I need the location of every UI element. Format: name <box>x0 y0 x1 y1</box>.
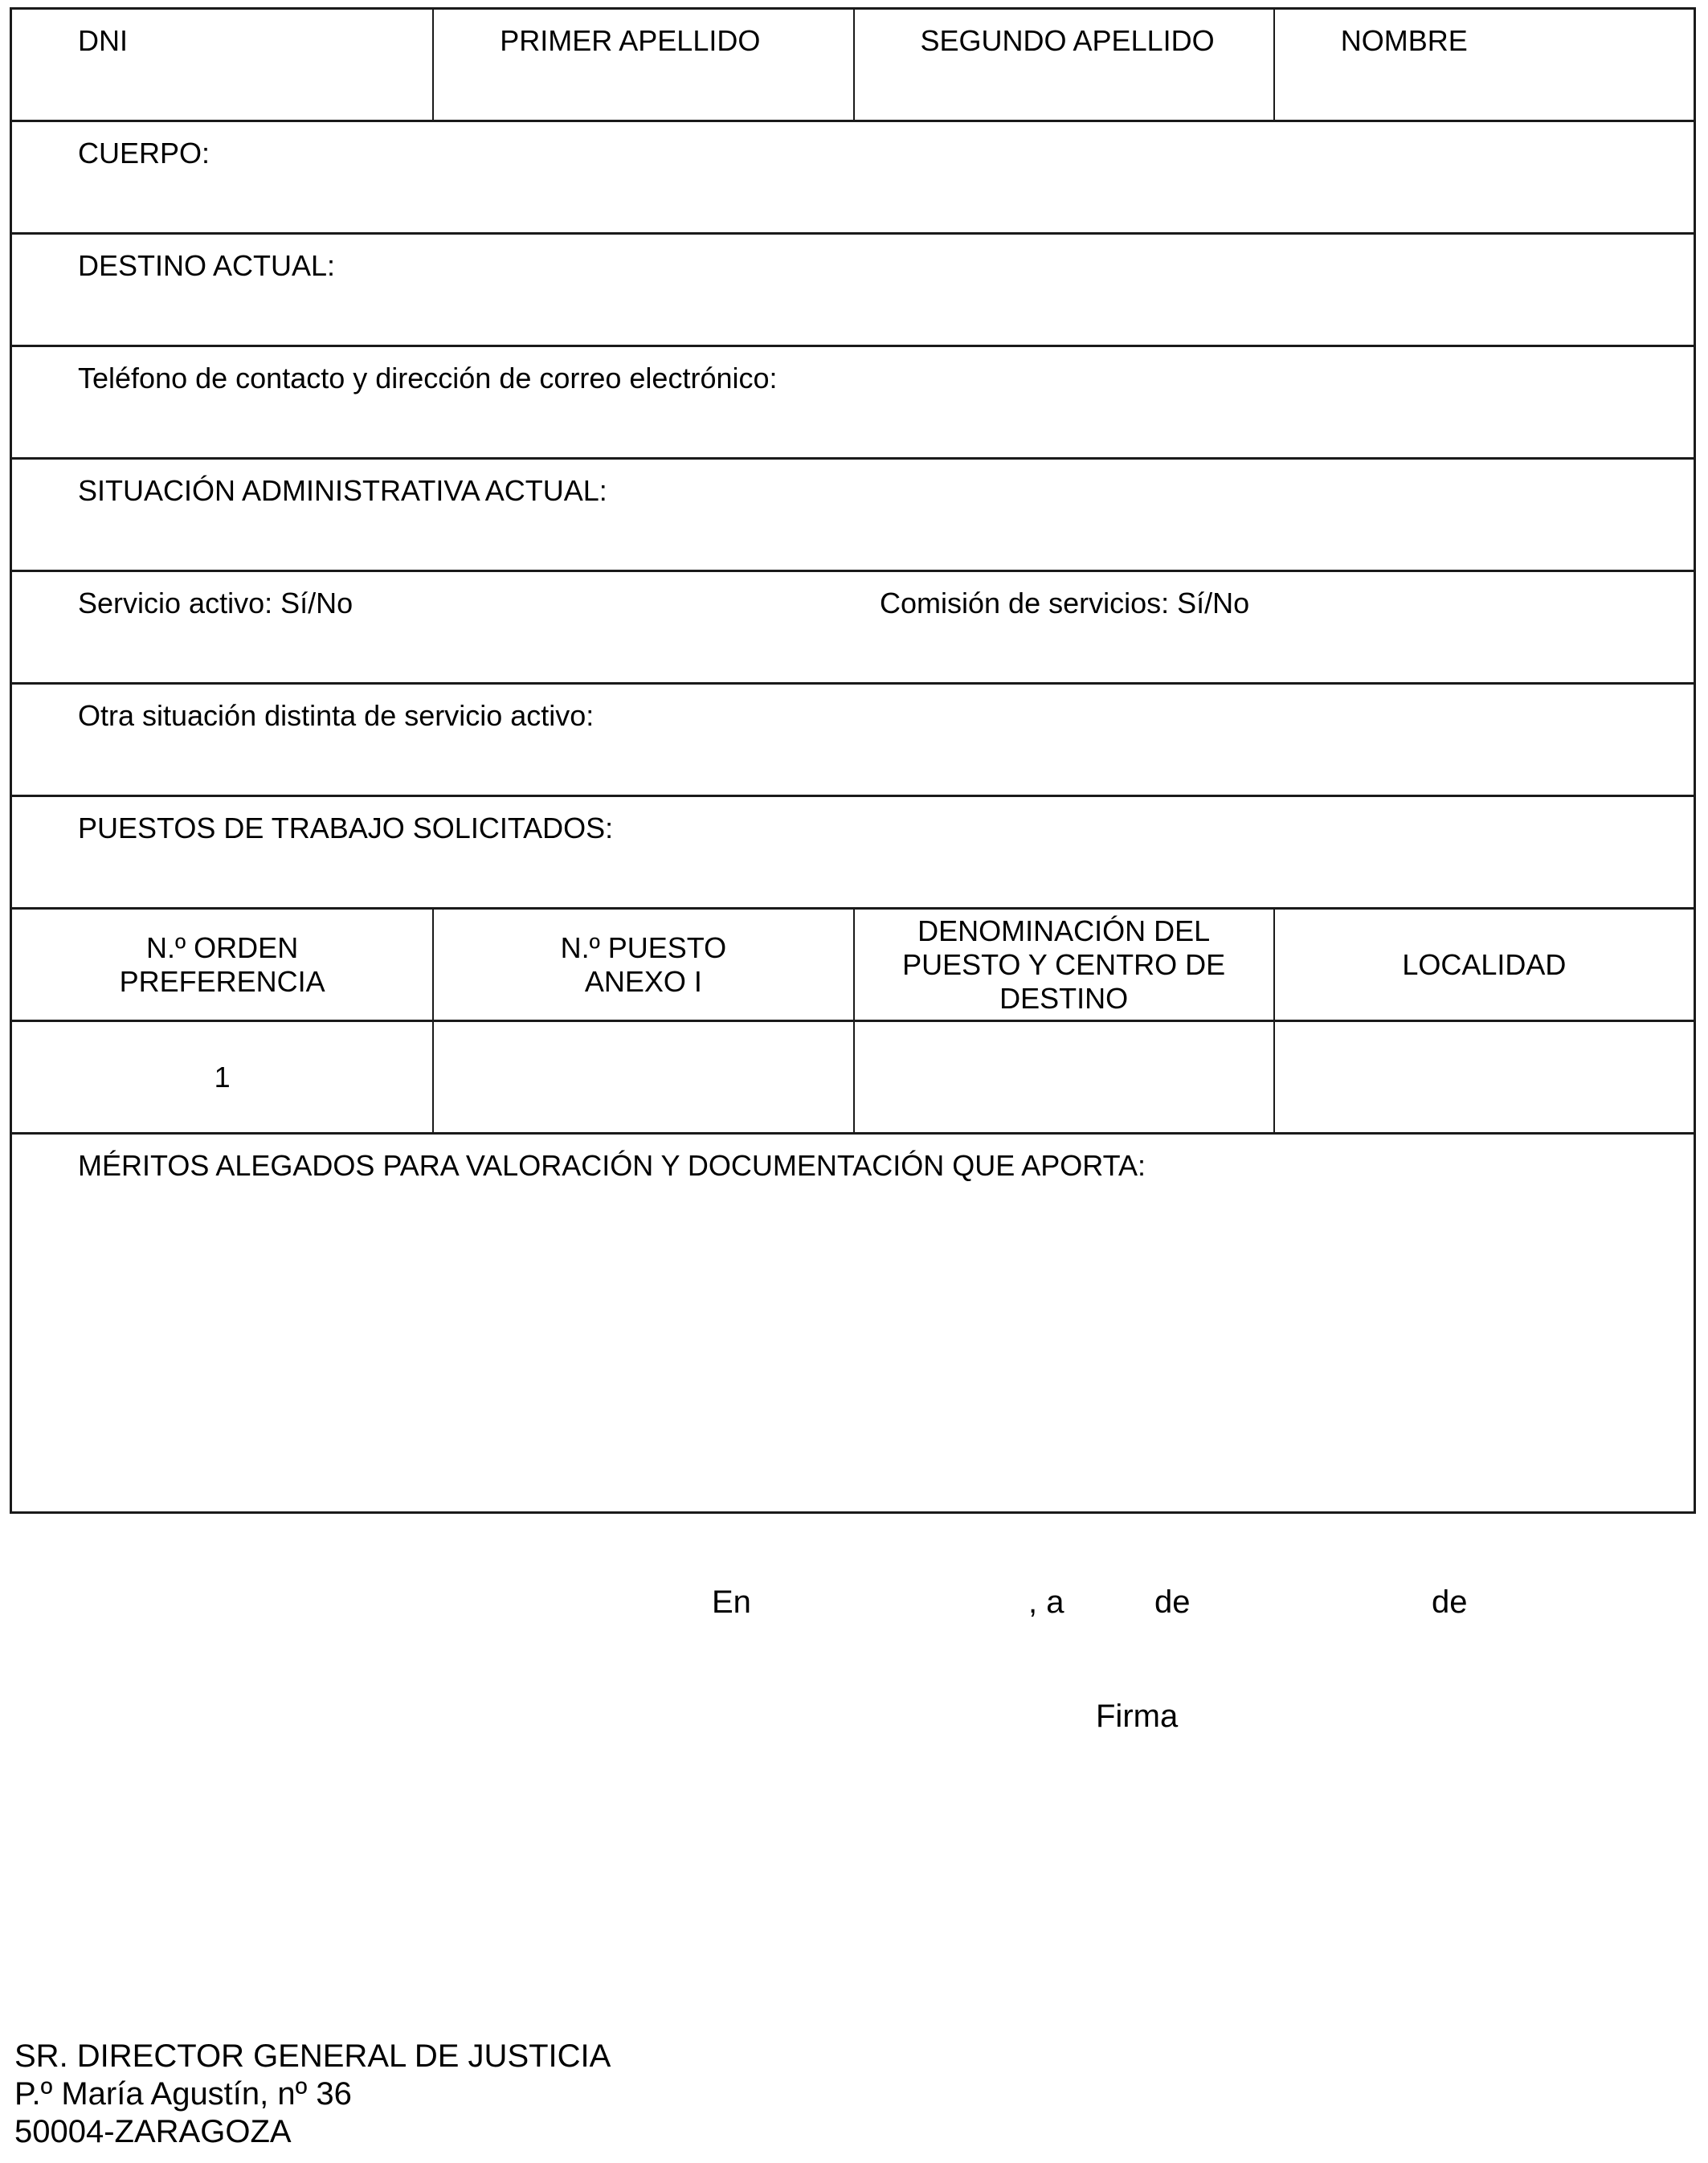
nombre-label: NOMBRE <box>1341 23 1468 59</box>
signature-label: Firma <box>1096 1697 1178 1736</box>
address-line-city: 50004-ZARAGOZA <box>14 2113 611 2151</box>
cuerpo-row[interactable]: CUERPO: <box>12 122 1694 235</box>
header-line: DENOMINACIÓN DEL <box>902 914 1225 948</box>
address-line-recipient: SR. DIRECTOR GENERAL DE JUSTICIA <box>14 2038 611 2075</box>
header-line: N.º ORDEN <box>120 931 325 965</box>
header-line: DESTINO <box>902 982 1225 1016</box>
date-de-month: de <box>1154 1583 1191 1621</box>
otra-situacion-label: Otra situación distinta de servicio acti… <box>78 698 594 734</box>
header-puesto-anexo: N.º PUESTO ANEXO I <box>432 910 852 1020</box>
destino-actual-label: DESTINO ACTUAL: <box>78 248 335 284</box>
header-line: PUESTO Y CENTRO DE <box>902 948 1225 982</box>
meritos-row[interactable]: MÉRITOS ALEGADOS PARA VALORACIÓN Y DOCUM… <box>12 1135 1694 1511</box>
nombre-field[interactable]: NOMBRE <box>1273 10 1694 120</box>
header-line: PREFERENCIA <box>120 965 325 999</box>
orden-cell[interactable]: 1 <box>12 1022 432 1132</box>
header-denominacion: DENOMINACIÓN DEL PUESTO Y CENTRO DE DEST… <box>853 910 1273 1020</box>
segundo-apellido-field[interactable]: SEGUNDO APELLIDO <box>853 10 1273 120</box>
primer-apellido-field[interactable]: PRIMER APELLIDO <box>432 10 852 120</box>
puestos-solicitados-label: PUESTOS DE TRABAJO SOLICITADOS: <box>78 811 613 846</box>
localidad-cell[interactable] <box>1273 1022 1694 1132</box>
servicio-row[interactable]: Servicio activo: Sí/No Comisión de servi… <box>12 572 1694 685</box>
comision-servicios-label: Comisión de servicios: Sí/No <box>880 586 1249 621</box>
header-line: N.º PUESTO <box>561 931 727 965</box>
puesto-cell[interactable] <box>432 1022 852 1132</box>
address-line-street: P.º María Agustín, nº 36 <box>14 2075 611 2113</box>
primer-apellido-label: PRIMER APELLIDO <box>500 23 760 59</box>
header-localidad: LOCALIDAD <box>1273 910 1694 1020</box>
date-place-en: En <box>712 1583 751 1621</box>
date-comma-a: , a <box>1028 1583 1064 1621</box>
recipient-address: SR. DIRECTOR GENERAL DE JUSTICIA P.º Mar… <box>14 2038 611 2151</box>
segundo-apellido-label: SEGUNDO APELLIDO <box>921 23 1215 59</box>
identity-row: DNI PRIMER APELLIDO SEGUNDO APELLIDO NOM… <box>12 10 1694 122</box>
situacion-administrativa-label: SITUACIÓN ADMINISTRATIVA ACTUAL: <box>78 473 607 509</box>
denominacion-cell[interactable] <box>853 1022 1273 1132</box>
destino-actual-row[interactable]: DESTINO ACTUAL: <box>12 235 1694 347</box>
header-line: LOCALIDAD <box>1402 948 1566 982</box>
puestos-header-row: N.º ORDEN PREFERENCIA N.º PUESTO ANEXO I… <box>12 910 1694 1022</box>
otra-situacion-row[interactable]: Otra situación distinta de servicio acti… <box>12 685 1694 797</box>
puestos-solicitados-row: PUESTOS DE TRABAJO SOLICITADOS: <box>12 797 1694 910</box>
meritos-label: MÉRITOS ALEGADOS PARA VALORACIÓN Y DOCUM… <box>78 1148 1146 1184</box>
header-orden-preferencia: N.º ORDEN PREFERENCIA <box>12 910 432 1020</box>
contacto-label: Teléfono de contacto y dirección de corr… <box>78 361 778 396</box>
contacto-row[interactable]: Teléfono de contacto y dirección de corr… <box>12 347 1694 460</box>
table-row: 1 <box>12 1022 1694 1135</box>
application-form-table: DNI PRIMER APELLIDO SEGUNDO APELLIDO NOM… <box>10 7 1696 1514</box>
dni-field[interactable]: DNI <box>12 10 432 120</box>
cuerpo-label: CUERPO: <box>78 136 210 171</box>
situacion-administrativa-row: SITUACIÓN ADMINISTRATIVA ACTUAL: <box>12 460 1694 572</box>
dni-label: DNI <box>78 23 128 59</box>
servicio-activo-label: Servicio activo: Sí/No <box>78 586 353 621</box>
header-line: ANEXO I <box>561 965 727 999</box>
date-de-year: de <box>1432 1583 1468 1621</box>
